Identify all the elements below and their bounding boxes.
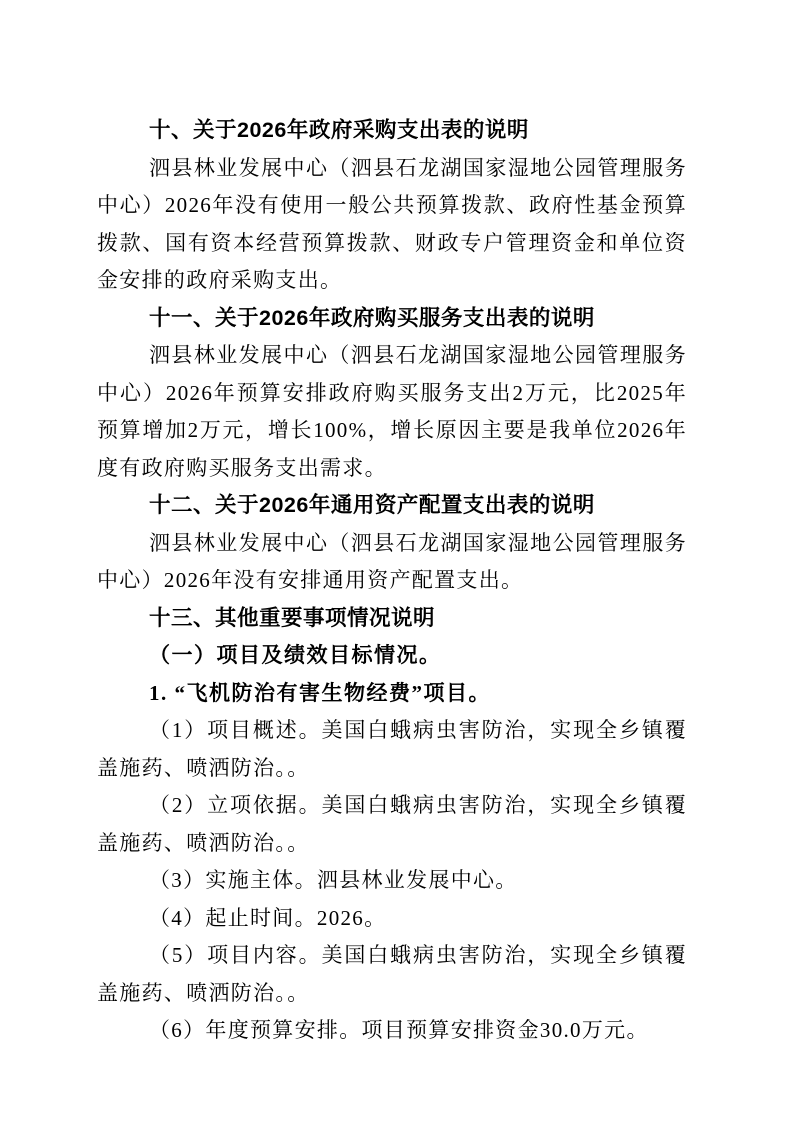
- section-heading-other-important-matters: 十三、其他重要事项情况说明: [97, 600, 687, 638]
- document-page: 十、关于2026年政府采购支出表的说明 泗县林业发展中心（泗县石龙湖国家湿地公园…: [0, 0, 793, 1122]
- paragraph-annual-budget-arrangement: （6）年度预算安排。项目预算安排资金30.0万元。: [97, 1012, 687, 1050]
- section-heading-government-procurement: 十、关于2026年政府采购支出表的说明: [97, 112, 687, 150]
- paragraph-implementing-entity: （3）实施主体。泗县林业发展中心。: [97, 862, 687, 900]
- document-content: 十、关于2026年政府采购支出表的说明 泗县林业发展中心（泗县石龙湖国家湿地公园…: [0, 0, 793, 1050]
- paragraph-project-overview: （1）项目概述。美国白蛾病虫害防治，实现全乡镇覆盖施药、喷洒防治。。: [97, 712, 687, 787]
- paragraph-government-procurement: 泗县林业发展中心（泗县石龙湖国家湿地公园管理服务中心）2026年没有使用一般公共…: [97, 150, 687, 300]
- subheading-aircraft-pest-control-project: 1. “飞机防治有害生物经费”项目。: [97, 675, 687, 713]
- paragraph-project-basis: （2）立项依据。美国白蛾病虫害防治，实现全乡镇覆盖施药、喷洒防治。。: [97, 787, 687, 862]
- paragraph-general-asset-allocation: 泗县林业发展中心（泗县石龙湖国家湿地公园管理服务中心）2026年没有安排通用资产…: [97, 525, 687, 600]
- paragraph-purchased-services: 泗县林业发展中心（泗县石龙湖国家湿地公园管理服务中心）2026年预算安排政府购买…: [97, 337, 687, 487]
- section-heading-purchased-services: 十一、关于2026年政府购买服务支出表的说明: [97, 300, 687, 338]
- paragraph-project-duration: （4）起止时间。2026。: [97, 900, 687, 938]
- paragraph-project-content: （5）项目内容。美国白蛾病虫害防治，实现全乡镇覆盖施药、喷洒防治。。: [97, 937, 687, 1012]
- section-heading-general-asset-allocation: 十二、关于2026年通用资产配置支出表的说明: [97, 487, 687, 525]
- subheading-project-performance-goals: （一）项目及绩效目标情况。: [97, 637, 687, 675]
